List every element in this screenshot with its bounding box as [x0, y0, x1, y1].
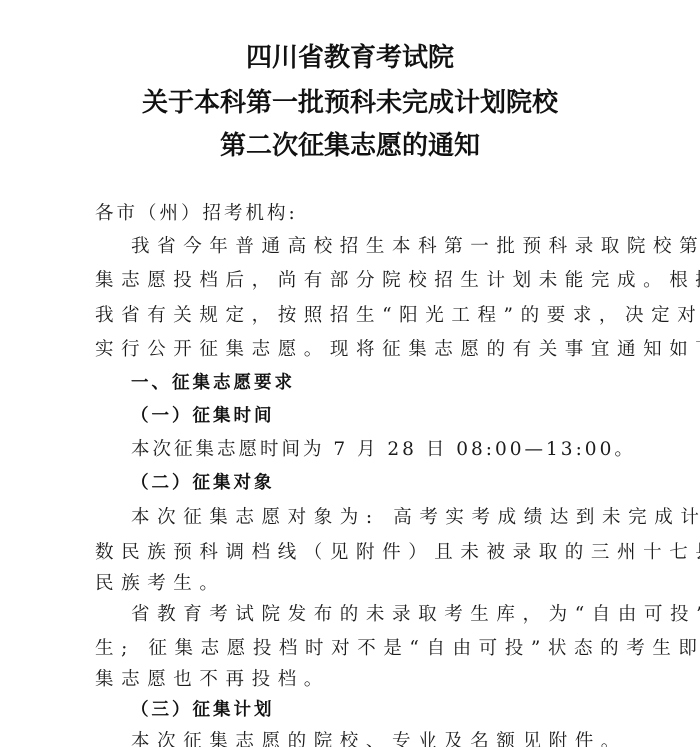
section-heading-requirements: 一、征集志愿要求: [131, 369, 295, 394]
intro-line: 实行公开征集志愿。现将征集志愿的有关事宜通知如下:: [95, 335, 700, 361]
target-line: 数民族预科调档线（见附件）且未被录取的三州十七县两区少数: [95, 538, 700, 564]
intro-line: 我省有关规定，按照招生“阳光工程”的要求，决定对未完成计划: [95, 301, 700, 327]
plan-line: 本次征集志愿的院校、专业及名额见附件。: [131, 727, 627, 747]
time-line: 本次征集志愿时间为 7 月 28 日 08:00—13:00。: [131, 435, 636, 461]
subsection-heading-target: （二）征集对象: [131, 469, 275, 494]
intro-line: 集志愿投档后，尚有部分院校招生计划未能完成。根据教育部和: [95, 266, 700, 292]
target-line: 生; 征集志愿投档时对不是“自由可投”状态的考生即使填报了征: [95, 634, 700, 660]
target-line: 集志愿也不再投档。: [95, 665, 330, 691]
title-line-subject: 关于本科第一批预科未完成计划院校: [0, 82, 700, 119]
target-line: 本次征集志愿对象为: 高考实考成绩达到未完成计划院校少: [131, 503, 700, 529]
title-line-notice: 第二次征集志愿的通知: [0, 125, 700, 162]
title-line-org: 四川省教育考试院: [0, 37, 700, 74]
target-line: 省教育考试院发布的未录取考生库，为“自由可投”状态的考: [131, 600, 700, 626]
salutation: 各市（州）招考机构:: [95, 199, 298, 225]
subsection-heading-time: （一）征集时间: [131, 402, 275, 427]
target-line: 民族考生。: [95, 569, 226, 595]
subsection-heading-plan: （三）征集计划: [131, 696, 275, 721]
intro-line: 我省今年普通高校招生本科第一批预科录取院校第一次征: [131, 232, 700, 258]
